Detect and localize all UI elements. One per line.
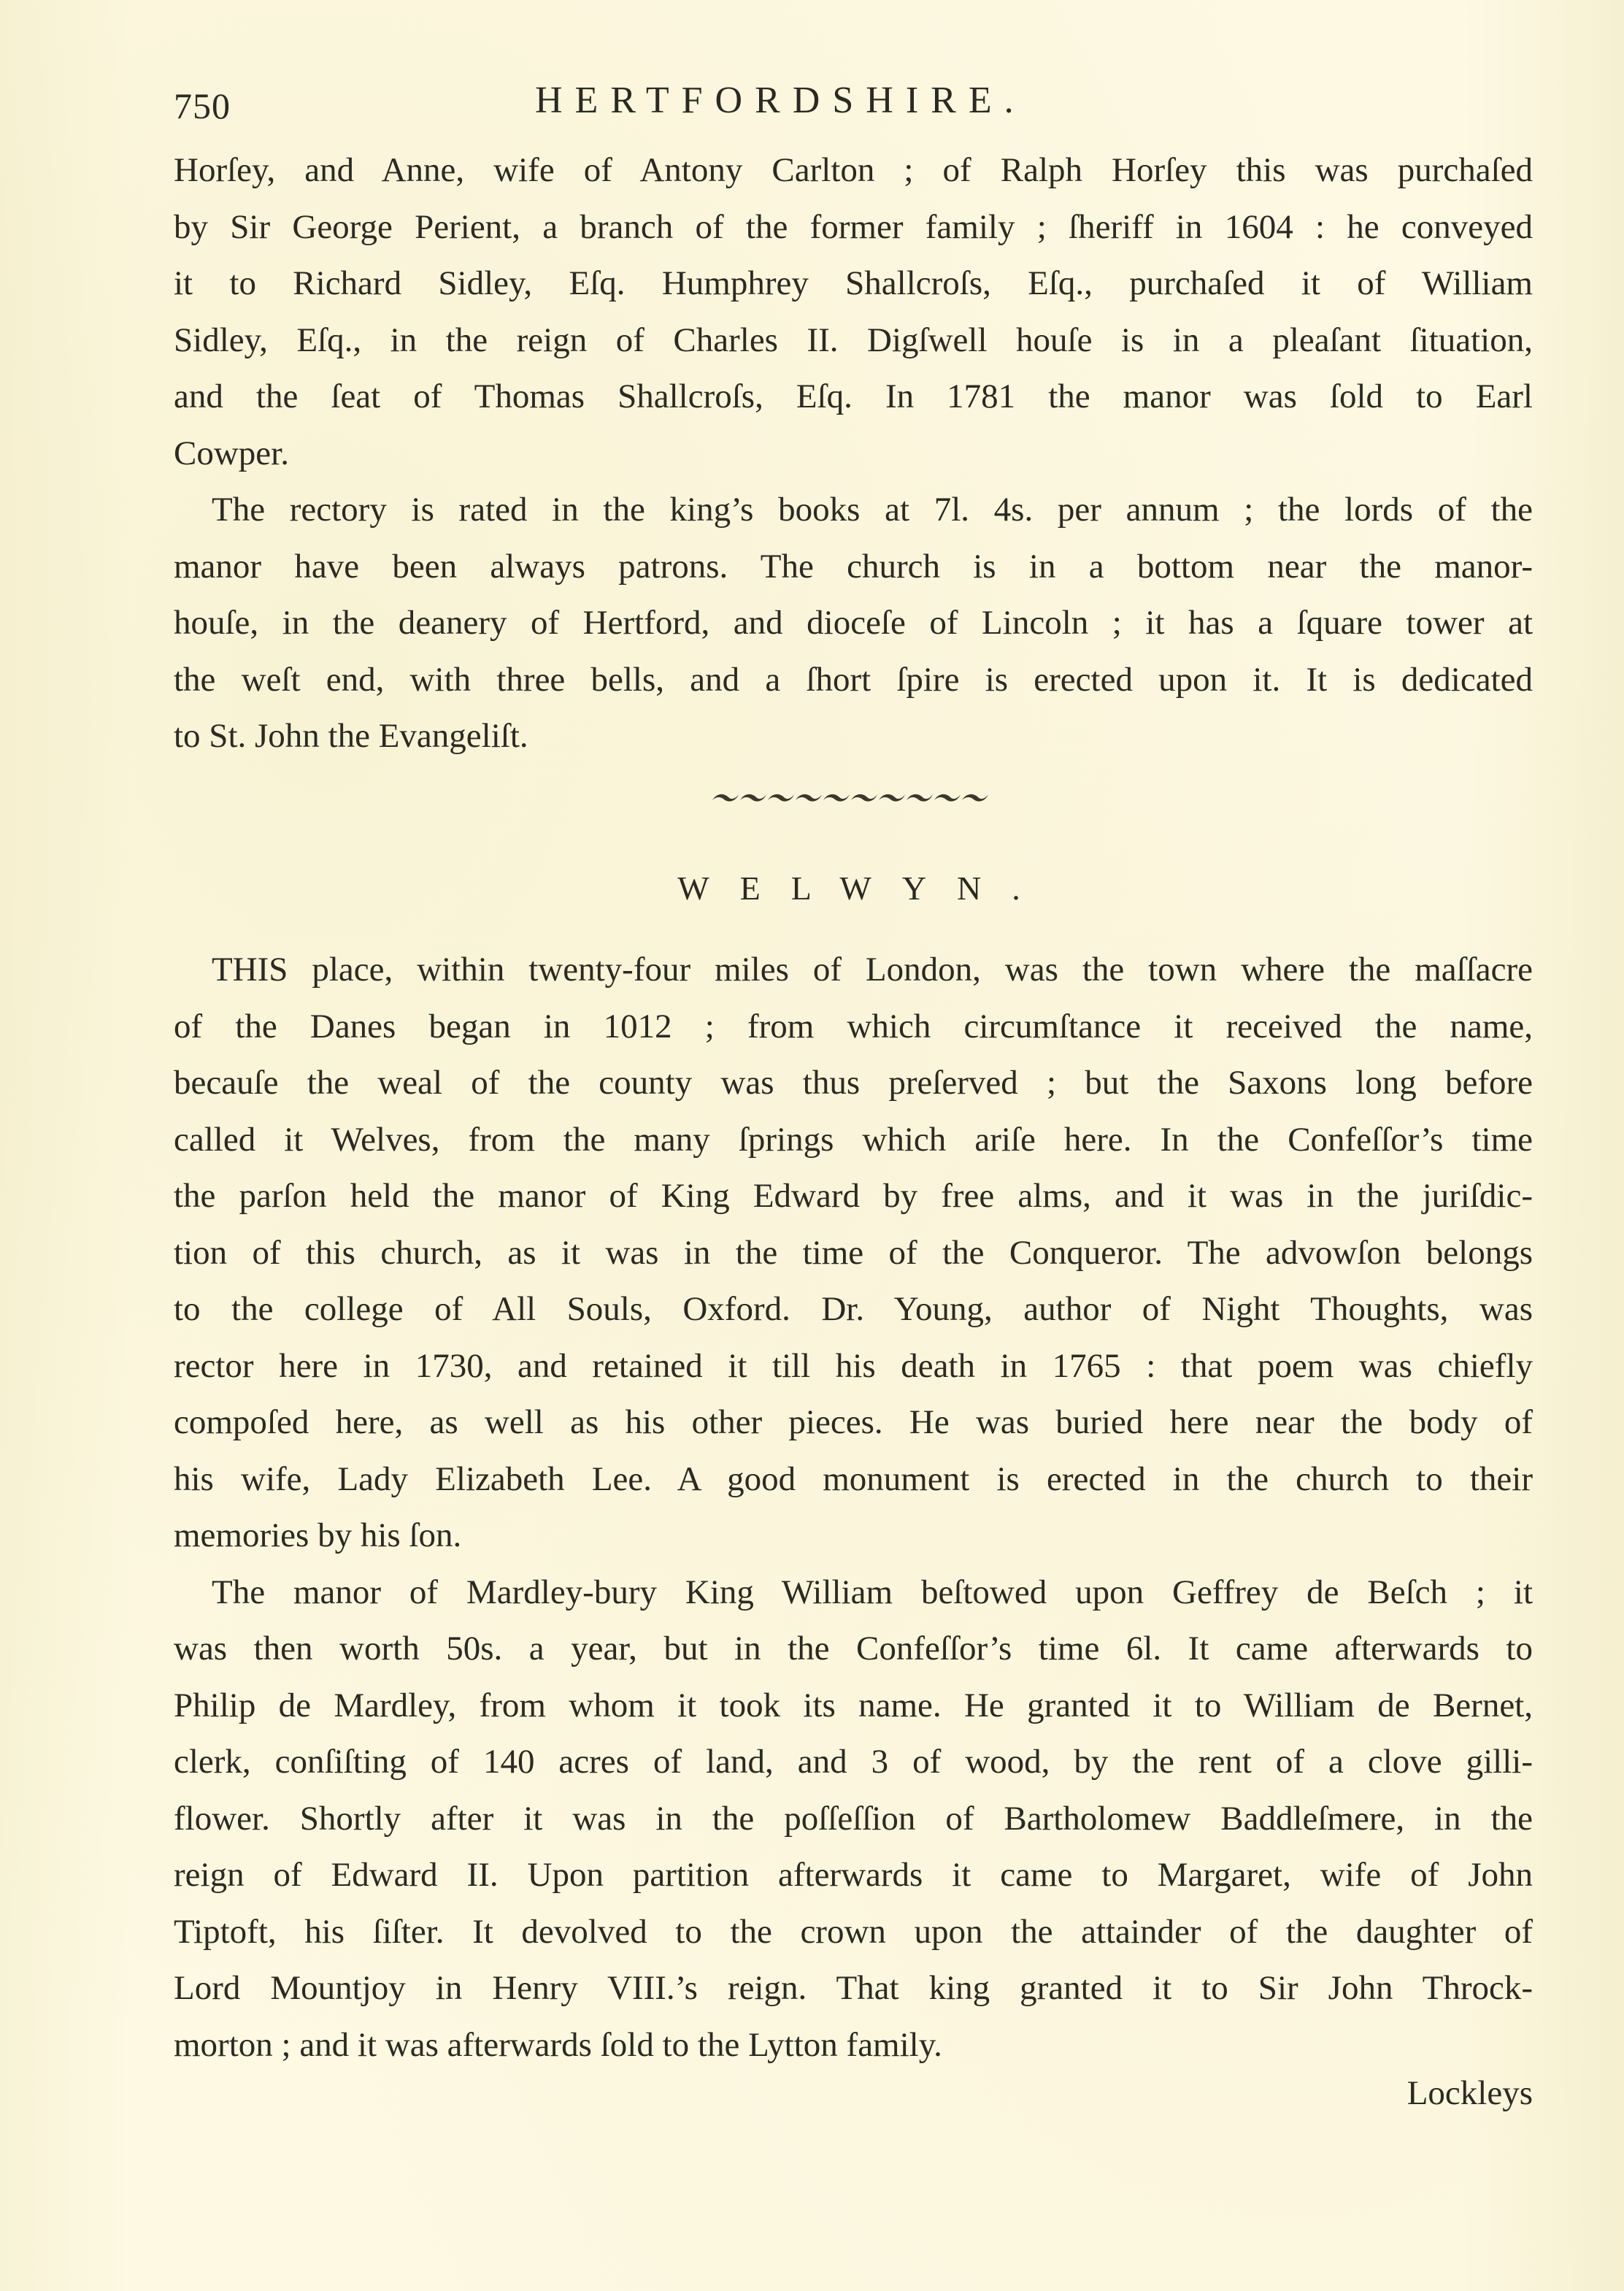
text-line: memories by his ſon.	[174, 1508, 1533, 1565]
text-line: Lord Mountjoy in Henry VIII.’s reign. Th…	[174, 1960, 1533, 2017]
text-line: morton ; and it was afterwards ſold to t…	[174, 2017, 1533, 2074]
text-line: The rectory is rated in the king’s books…	[174, 482, 1533, 539]
text-line: called it Welves, from the many ſprings …	[174, 1112, 1533, 1169]
paragraph: The manor of Mardley-bury King William b…	[174, 1565, 1533, 2074]
text-line: reign of Edward II. Upon partition after…	[174, 1847, 1533, 1904]
text-line: to St. John the Evangeliſt.	[174, 708, 1533, 765]
text-line: Philip de Mardley, from whom it took its…	[174, 1678, 1533, 1735]
section-title: WELWYN.	[174, 869, 1533, 907]
text-line: THIS place, within twenty-four miles of …	[174, 942, 1533, 999]
text-line: to the college of All Souls, Oxford. Dr.…	[174, 1281, 1533, 1338]
paragraph: Horſey, and Anne, wife of Antony Carlton…	[174, 142, 1533, 482]
text-line: was then worth 50s. a year, but in the C…	[174, 1621, 1533, 1678]
continuation-text: Horſey, and Anne, wife of Antony Carlton…	[174, 142, 1533, 765]
text-line: compoſed here, as well as his other piec…	[174, 1394, 1533, 1451]
text-line: it to Richard Sidley, Eſq. Humphrey Shal…	[174, 256, 1533, 312]
text-line: manor have been always patrons. The chur…	[174, 539, 1533, 596]
section-text: THIS place, within twenty-four miles of …	[174, 942, 1533, 2073]
text-line: by Sir George Perient, a branch of the f…	[174, 199, 1533, 256]
text-line: of the Danes began in 1012 ; from which …	[174, 999, 1533, 1056]
text-line: tion of this church, as it was in the ti…	[174, 1225, 1533, 1282]
text-line: Tiptoft, his ſiſter. It devolved to the …	[174, 1904, 1533, 1961]
running-head: 750 HERTFORDSHIRE.	[174, 79, 1533, 130]
text-line: flower. Shortly after it was in the poſſ…	[174, 1791, 1533, 1848]
text-line: rector here in 1730, and retained it til…	[174, 1338, 1533, 1395]
text-line: houſe, in the deanery of Hertford, and d…	[174, 595, 1533, 652]
text-line: Cowper.	[174, 426, 1533, 483]
text-line: Sidley, Eſq., in the reign of Charles II…	[174, 312, 1533, 369]
text-line: becauſe the weal of the county was thus …	[174, 1055, 1533, 1112]
text-line: the parſon held the manor of King Edward…	[174, 1168, 1533, 1225]
text-line: the weſt end, with three bells, and a ſh…	[174, 652, 1533, 709]
wave-ornament-icon	[707, 781, 998, 810]
page-number: 750	[174, 85, 231, 127]
paragraph: THIS place, within twenty-four miles of …	[174, 942, 1533, 1565]
catchword: Lockleys	[1407, 2073, 1533, 2113]
paragraph: The rectory is rated in the king’s books…	[174, 482, 1533, 765]
text-line: clerk, conſiſting of 140 acres of land, …	[174, 1734, 1533, 1791]
running-head-title: HERTFORDSHIRE.	[535, 79, 1026, 122]
text-line: and the ſeat of Thomas Shallcroſs, Eſq. …	[174, 369, 1533, 426]
text-line: The manor of Mardley-bury King William b…	[174, 1565, 1533, 1622]
text-line: Horſey, and Anne, wife of Antony Carlton…	[174, 142, 1533, 199]
text-line: his wife, Lady Elizabeth Lee. A good mon…	[174, 1451, 1533, 1508]
